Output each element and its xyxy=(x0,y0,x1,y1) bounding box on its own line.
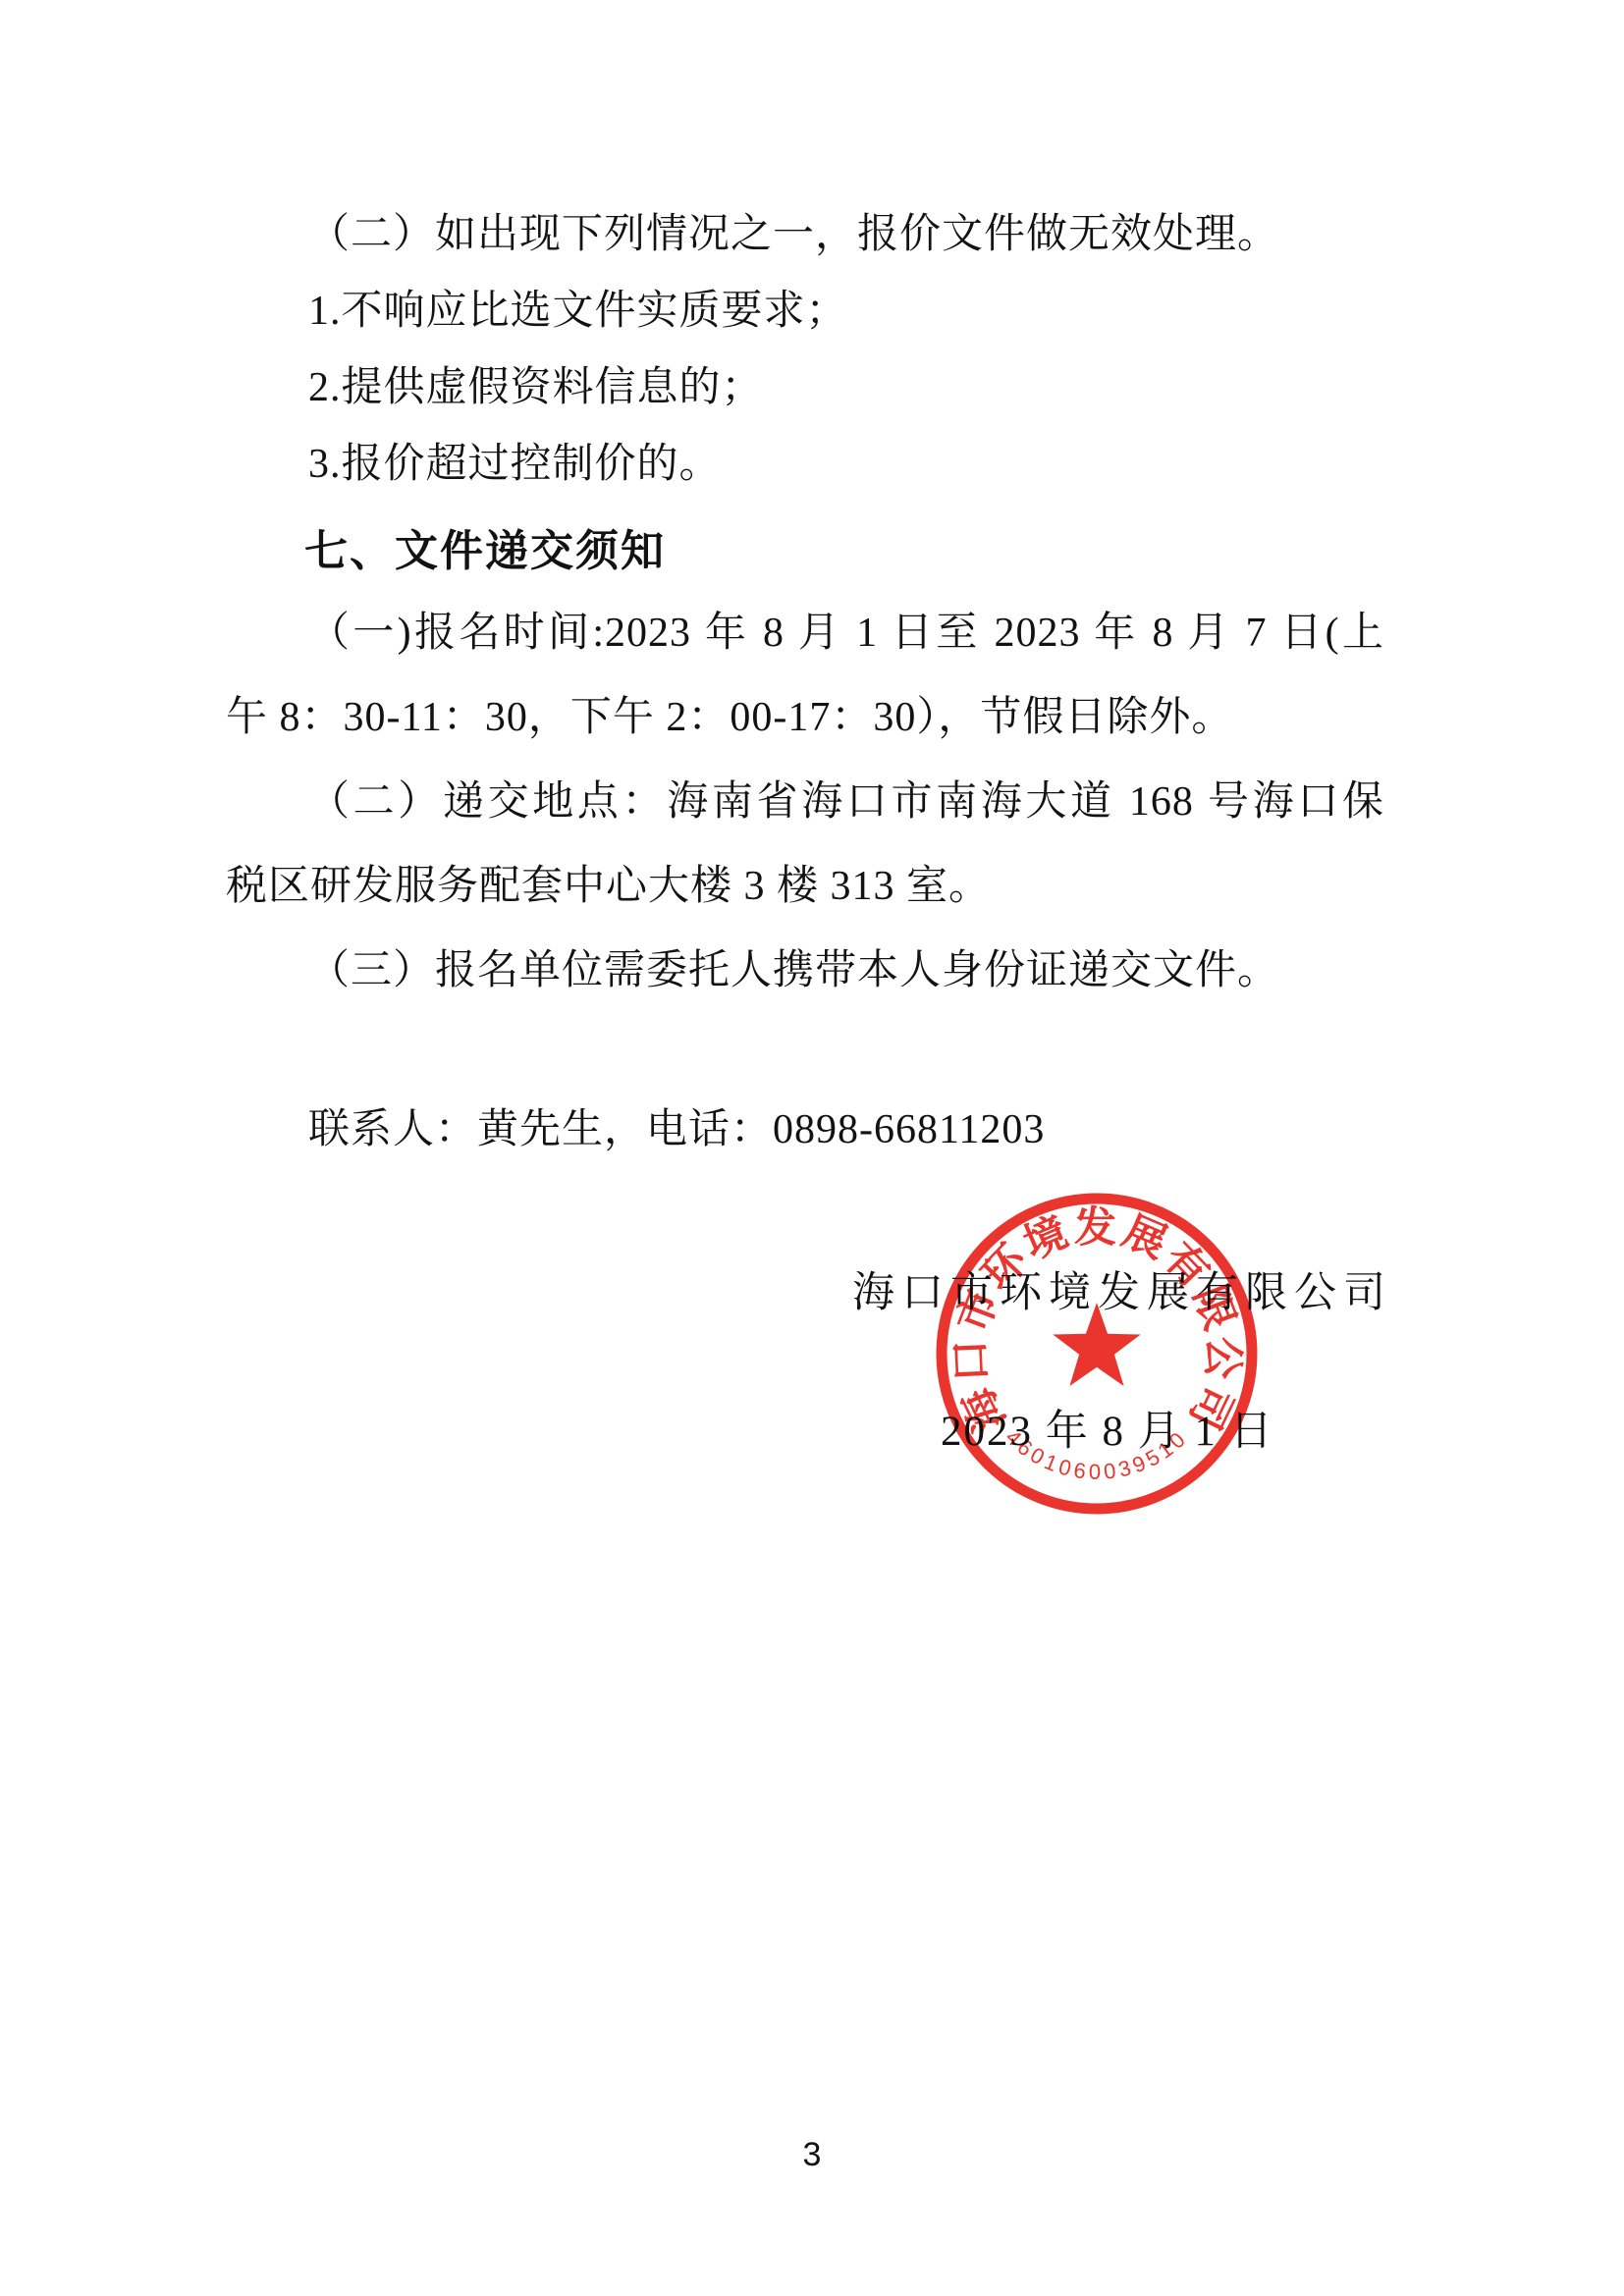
clause-item-2: 2.提供虚假资料信息的； xyxy=(226,349,1384,426)
company-seal: 海口市环境发展有限公司 4601060039510 xyxy=(920,1177,1273,1530)
clause-item-1: 1.不响应比选文件实质要求； xyxy=(226,273,1384,349)
submission-id-requirement: （三）报名单位需委托人携带本人身份证递交文件。 xyxy=(226,929,1384,1013)
contact-info: 联系人：黄先生，电话：0898-66811203 xyxy=(226,1088,1384,1172)
section-heading: 七、文件递交须知 xyxy=(226,512,1384,591)
seal-ring xyxy=(942,1199,1252,1509)
submission-time-line-1: （一)报名时间:2023 年 8 月 1 日至 2023 年 8 月 7 日(上 xyxy=(226,591,1384,675)
page-number: 3 xyxy=(0,2136,1624,2174)
signature-company: 海口市环境发展有限公司 xyxy=(852,1259,1392,1319)
signature-date: 2023 年 8 月 1 日 xyxy=(941,1398,1274,1458)
submission-time-line-2: 午 8：30-11：30，下午 2：00-17：30），节假日除外。 xyxy=(226,675,1384,760)
clause-item-3: 3.报价超过控制价的。 xyxy=(226,426,1384,503)
submission-place-line-1: （二）递交地点：海南省海口市南海大道 168 号海口保 xyxy=(226,760,1384,844)
clause-invalid-intro: （二）如出现下列情况之一，报价文件做无效处理。 xyxy=(226,196,1384,273)
submission-place-line-2: 税区研发服务配套中心大楼 3 楼 313 室。 xyxy=(226,844,1384,929)
document-body: （二）如出现下列情况之一，报价文件做无效处理。 1.不响应比选文件实质要求； 2… xyxy=(226,196,1384,1172)
document-page: （二）如出现下列情况之一，报价文件做无效处理。 1.不响应比选文件实质要求； 2… xyxy=(0,0,1624,2296)
